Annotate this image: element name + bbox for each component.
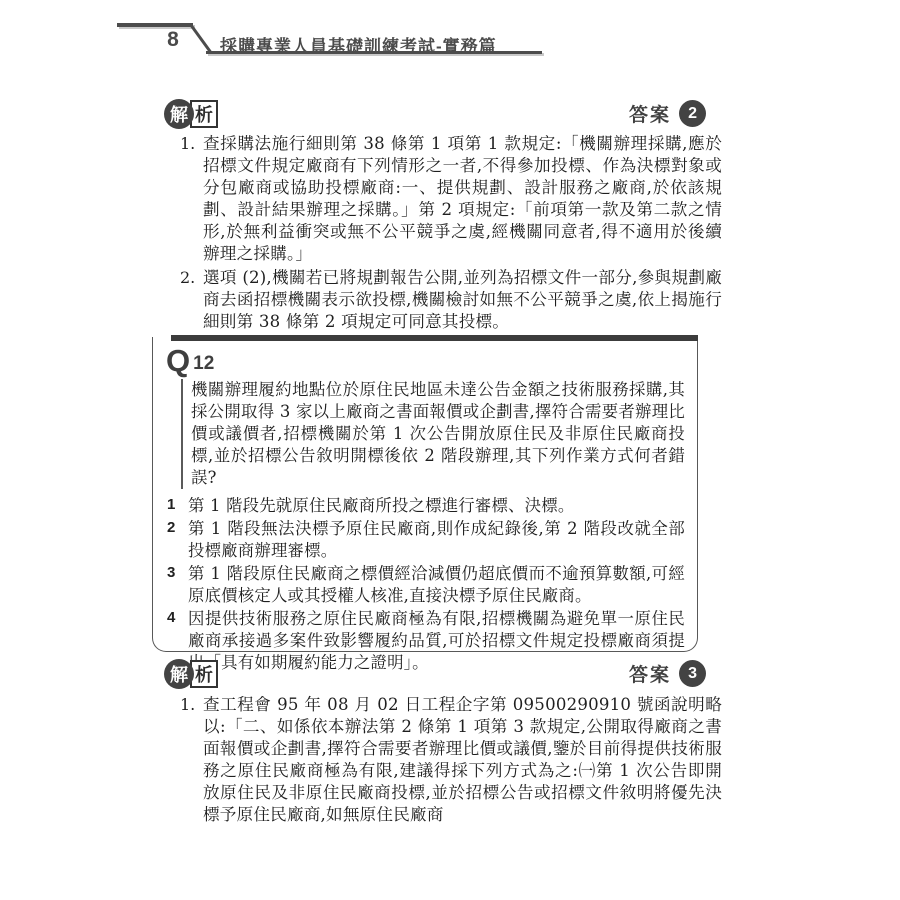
analysis-badge-circle: 解 [164,659,194,689]
analysis-item-text: 選項 (2),機關若已將規劃報告公開,並列為招標文件一部分,參與規劃廠商去函招標… [203,267,722,333]
analysis-1-items: 1. 查採購法施行細則第 38 條第 1 項第 1 款規定:「機關辦理採購,應於… [180,133,722,335]
analysis-item-number: 1. [180,133,195,155]
option-4: 4 因提供技術服務之原住民廠商極為有限,招標機關為避免單一原住民廠商承接過多案件… [167,608,685,674]
answer-indicator-2: 答案 3 [629,660,706,687]
analysis-badge-2: 解 析 [164,659,218,689]
question-letter: Q [166,347,190,375]
analysis-item-number: 2. [180,267,195,289]
analysis-item-text: 查採購法施行細則第 38 條第 1 項第 1 款規定:「機關辦理採購,應於招標文… [203,133,722,265]
answer-label: 答案 [629,100,671,127]
question-box-top-bar [171,335,698,341]
option-number: 2 [167,519,175,536]
option-text: 第 1 階段先就原住民廠商所投之標進行審標、決標。 [188,495,685,517]
question-options: 1 第 1 階段先就原住民廠商所投之標進行審標、決標。 2 第 1 階段無法決標… [167,495,685,674]
answer-number-badge: 3 [679,660,706,687]
analysis-item: 1. 查工程會 95 年 08 月 02 日工程企字第 09500290910 … [180,694,722,826]
option-number: 3 [167,564,175,581]
analysis-badge-circle: 解 [164,99,194,129]
analysis-item-text: 查工程會 95 年 08 月 02 日工程企字第 09500290910 號函說… [203,694,722,826]
analysis-item: 2. 選項 (2),機關若已將規劃報告公開,並列為招標文件一部分,參與規劃廠商去… [180,267,722,333]
header-rule-diagonal [190,24,212,53]
answer-label: 答案 [629,660,671,687]
analysis-item-number: 1. [180,694,195,716]
option-1: 1 第 1 階段先就原住民廠商所投之標進行審標、決標。 [167,495,685,517]
question-number: 12 [193,353,214,375]
analysis-2-items: 1. 查工程會 95 年 08 月 02 日工程企字第 09500290910 … [180,694,722,828]
option-text: 因提供技術服務之原住民廠商極為有限,招標機關為避免單一原住民廠商承接過多案件致影… [188,608,685,674]
book-page: 8 採購專業人員基礎訓練考試-實務篇 解 析 答案 2 1. 查採購法施行細則第… [0,0,900,900]
option-number: 1 [167,496,175,513]
page-number: 8 [160,28,186,52]
analysis-item: 1. 查採購法施行細則第 38 條第 1 項第 1 款規定:「機關辦理採購,應於… [180,133,722,265]
option-text: 第 1 階段無法決標予原住民廠商,則作成紀錄後,第 2 階段改就全部投標廠商辦理… [188,518,685,562]
header-rule-left [117,23,193,27]
question-label: Q 12 [166,345,697,375]
option-text: 第 1 階段原住民廠商之標價經洽減價仍超底價而不逾預算數額,可經原底價核定人或其… [188,563,685,607]
option-3: 3 第 1 階段原住民廠商之標價經洽減價仍超底價而不逾預算數額,可經原底價核定人… [167,563,685,607]
question-stem: 機關辦理履約地點位於原住民地區未達公告金額之技術服務採購,其採公開取得 3 家以… [181,379,685,489]
option-2: 2 第 1 階段無法決標予原住民廠商,則作成紀錄後,第 2 階段改就全部投標廠商… [167,518,685,562]
analysis-badge-1: 解 析 [164,99,218,129]
analysis-badge-box: 析 [190,660,218,688]
header-rule-bottom [206,51,542,54]
analysis-badge-box: 析 [190,100,218,128]
answer-indicator-1: 答案 2 [629,100,706,127]
question-box: Q 12 機關辦理履約地點位於原住民地區未達公告金額之技術服務採購,其採公開取得… [152,337,698,652]
answer-number-badge: 2 [679,100,706,127]
option-number: 4 [167,609,175,626]
